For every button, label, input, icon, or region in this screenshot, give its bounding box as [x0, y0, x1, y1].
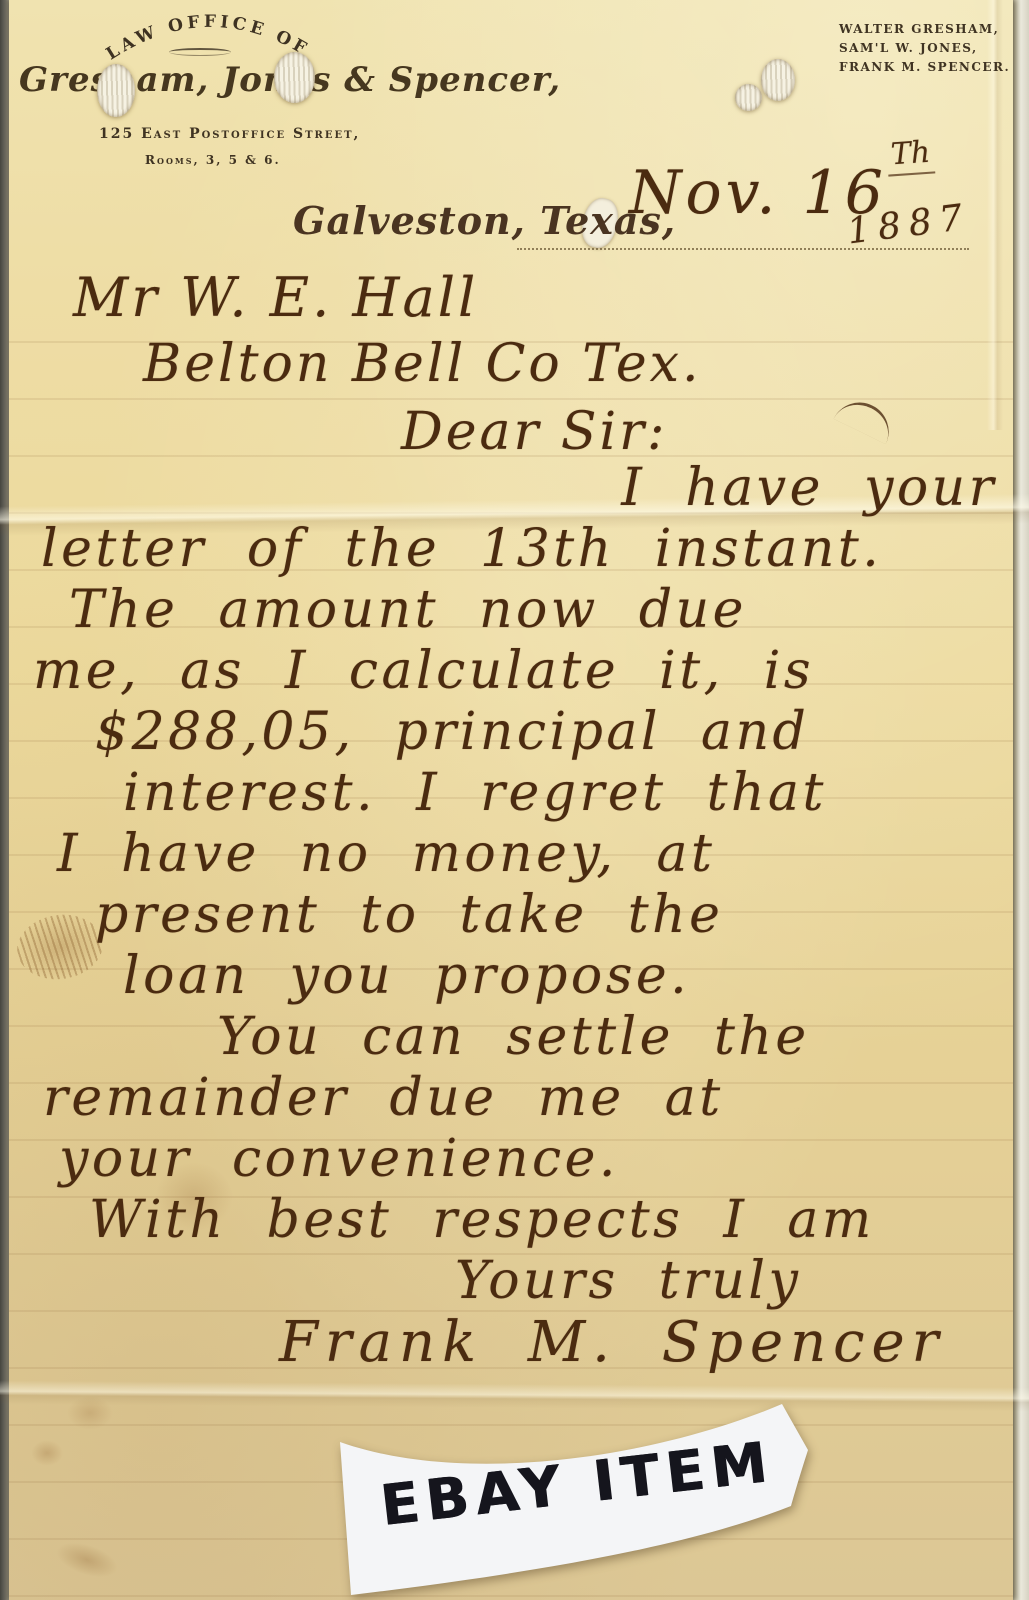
printed-date-rule: [517, 248, 969, 250]
paper-stain: [31, 1440, 63, 1466]
svg-text:LAW OFFICE OF: LAW OFFICE OF: [105, 12, 311, 64]
paper-hole: [274, 52, 315, 103]
paper-stain: [52, 1536, 122, 1584]
closing-line: With best respects I am: [9, 1190, 1013, 1251]
photo-right-edge: [1011, 0, 1029, 1600]
paper-hole: [97, 64, 135, 117]
body-line: You can settle the: [9, 1007, 1013, 1068]
body-line: The amount now due: [9, 580, 1013, 641]
letterhead-street-address: 125 East Postoffice Street,: [99, 126, 360, 142]
body-line: $288,05, principal and: [9, 702, 1013, 763]
body-line: your convenience.: [9, 1129, 1013, 1190]
letterhead-office-line: LAW OFFICE OF: [105, 12, 311, 64]
body-line: interest. I regret that: [9, 763, 1013, 824]
letterhead-rooms-line: Rooms, 3, 5 & 6.: [145, 153, 281, 167]
printed-place-line: Galveston, Texas,: [293, 198, 676, 243]
handwritten-date-ordinal: Th: [886, 134, 936, 176]
body-line: I have no money, at: [9, 824, 1013, 885]
body-line: letter of the 13th instant.: [9, 519, 1013, 580]
pen-flourish: [834, 393, 899, 444]
recipient-address-line: Belton Bell Co Tex.: [143, 334, 702, 394]
body-line: present to take the: [9, 885, 1013, 946]
partner-name: FRANK M. SPENCER.: [839, 58, 1010, 77]
body-line: remainder due me at: [9, 1068, 1013, 1129]
salutation: Dear Sir:: [401, 402, 667, 462]
paper-stain: [67, 1396, 113, 1430]
body-line: me, as I calculate it, is: [9, 641, 1013, 702]
letterhead-underline-ornament: [169, 48, 231, 56]
letterhead-firm-name: Gresham, Jones & Spencer,: [19, 60, 399, 100]
letter-photo: LAW OFFICE OF Gresham, Jones & Spencer, …: [0, 0, 1029, 1600]
valediction-line: Yours truly: [9, 1251, 1013, 1312]
body-line: I have your: [9, 458, 1013, 519]
paper-hole: [735, 84, 762, 111]
letterhead-partner-names: WALTER GRESHAM, SAM'L W. JONES, FRANK M.…: [839, 20, 1010, 77]
body-line: loan you propose.: [9, 946, 1013, 1007]
letter-paper: LAW OFFICE OF Gresham, Jones & Spencer, …: [9, 0, 1013, 1600]
recipient-name-line: Mr W. E. Hall: [73, 266, 478, 329]
paper-hole: [761, 59, 795, 101]
letter-body: I have your letter of the 13th instant. …: [9, 458, 1013, 1373]
signature: Frank M. Spencer: [9, 1312, 1013, 1373]
partner-name: SAM'L W. JONES,: [839, 39, 1010, 58]
partner-name: WALTER GRESHAM,: [839, 20, 1010, 39]
